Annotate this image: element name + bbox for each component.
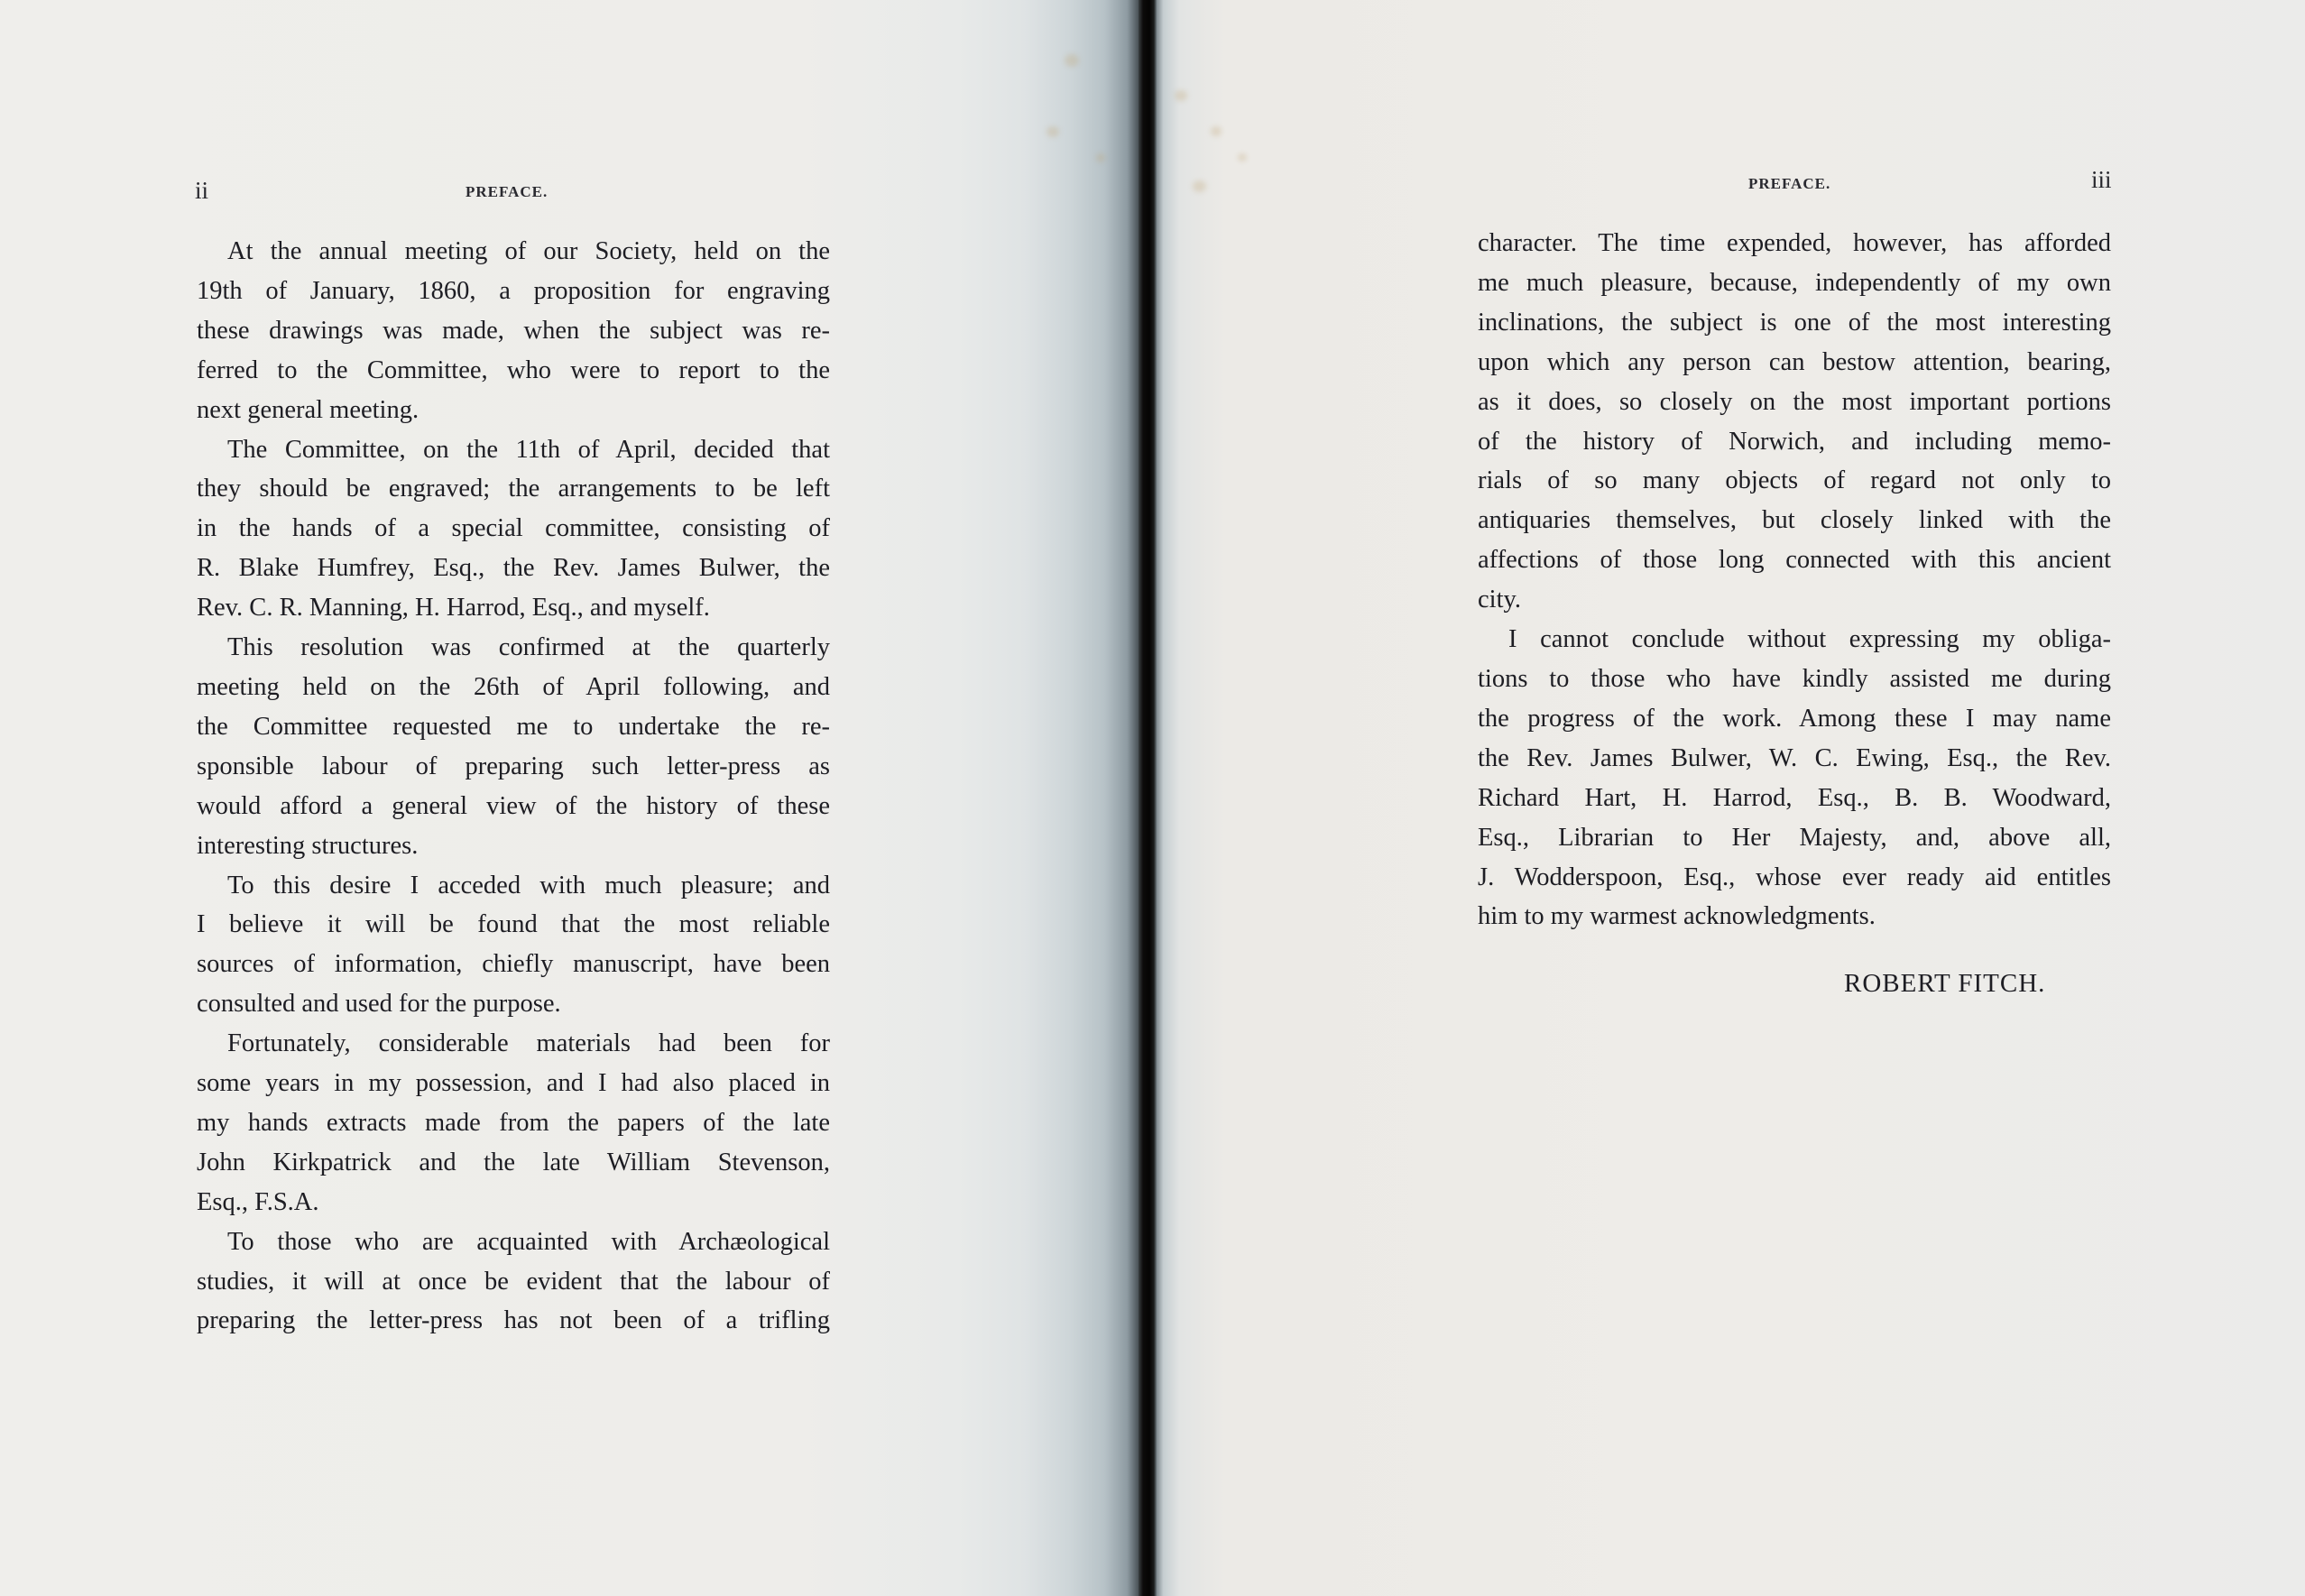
text-line: Esq., F.S.A. — [197, 1183, 830, 1222]
text-line: I believe it will be found that the most… — [197, 905, 830, 945]
text-line: inclinations, the subject is one of the … — [1478, 303, 2111, 343]
text-line: in the hands of a special committee, con… — [197, 509, 830, 549]
left-page: ii PREFACE. At the annual meeting of our… — [0, 0, 1139, 1596]
text-line: Richard Hart, H. Harrod, Esq., B. B. Woo… — [1478, 779, 2111, 818]
paragraph: character. The time expended, however, h… — [1478, 224, 2111, 620]
running-head: PREFACE. — [466, 183, 548, 201]
text-line: Esq., Librarian to Her Majesty, and, abo… — [1478, 818, 2111, 858]
text-line: upon which any person can bestow attenti… — [1478, 343, 2111, 383]
paragraph: At the annual meeting of our Society, he… — [197, 232, 830, 430]
text-line: The Committee, on the 11th of April, dec… — [197, 430, 830, 470]
text-line: This resolution was confirmed at the qua… — [197, 628, 830, 668]
paragraph: I cannot conclude without expressing my … — [1478, 620, 2111, 936]
text-line: would afford a general view of the histo… — [197, 787, 830, 826]
page-number: ii — [195, 177, 208, 205]
text-line: To this desire I acceded with much pleas… — [197, 866, 830, 906]
foxing-spot — [1096, 153, 1105, 162]
paragraph: This resolution was confirmed at the qua… — [197, 628, 830, 865]
text-line: these drawings was made, when the subjec… — [197, 311, 830, 351]
text-line: John Kirkpatrick and the late William St… — [197, 1143, 830, 1183]
text-line: 19th of January, 1860, a proposition for… — [197, 272, 830, 311]
text-line: the progress of the work. Among these I … — [1478, 699, 2111, 739]
body-text: character. The time expended, however, h… — [1478, 224, 2111, 936]
text-line: R. Blake Humfrey, Esq., the Rev. James B… — [197, 549, 830, 588]
text-line: next general meeting. — [197, 391, 830, 430]
text-line: city. — [1478, 580, 2111, 620]
text-line: At the annual meeting of our Society, he… — [197, 232, 830, 272]
foxing-spot — [1046, 126, 1059, 137]
foxing-spot — [1238, 153, 1247, 161]
paragraph: The Committee, on the 11th of April, dec… — [197, 430, 830, 629]
text-line: my hands extracts made from the papers o… — [197, 1103, 830, 1143]
paragraph: To this desire I acceded with much pleas… — [197, 866, 830, 1025]
text-line: they should be engraved; the arrangement… — [197, 469, 830, 509]
text-line: tions to those who have kindly assisted … — [1478, 660, 2111, 699]
text-line: I cannot conclude without expressing my … — [1478, 620, 2111, 660]
text-line: some years in my possession, and I had a… — [197, 1064, 830, 1103]
text-line: antiquaries themselves, but closely link… — [1478, 501, 2111, 540]
text-line: character. The time expended, however, h… — [1478, 224, 2111, 263]
text-line: Fortunately, considerable materials had … — [197, 1024, 830, 1064]
text-line: the Rev. James Bulwer, W. C. Ewing, Esq.… — [1478, 739, 2111, 779]
foxing-spot — [1211, 126, 1222, 136]
text-line: the Committee requested me to undertake … — [197, 707, 830, 747]
text-line: sources of information, chiefly manuscri… — [197, 945, 830, 984]
text-line: affections of those long connected with … — [1478, 540, 2111, 580]
text-line: as it does, so closely on the most impor… — [1478, 383, 2111, 422]
book-spread: ii PREFACE. At the annual meeting of our… — [0, 0, 2305, 1596]
foxing-spot — [1193, 180, 1206, 192]
paragraph: Fortunately, considerable materials had … — [197, 1024, 830, 1222]
text-line: consulted and used for the purpose. — [197, 984, 830, 1024]
text-line: rials of so many objects of regard not o… — [1478, 461, 2111, 501]
text-line: preparing the letter-press has not been … — [197, 1301, 830, 1341]
foxing-spot — [1065, 54, 1079, 67]
text-line: J. Wodderspoon, Esq., whose ever ready a… — [1478, 858, 2111, 898]
text-line: sponsible labour of preparing such lette… — [197, 747, 830, 787]
text-line: studies, it will at once be evident that… — [197, 1262, 830, 1302]
text-line: of the history of Norwich, and including… — [1478, 422, 2111, 462]
right-page: PREFACE. iii character. The time expende… — [1157, 0, 2305, 1596]
text-line: me much pleasure, because, independently… — [1478, 263, 2111, 303]
text-line: ferred to the Committee, who were to rep… — [197, 351, 830, 391]
running-head: PREFACE. — [1748, 175, 1830, 193]
text-line: him to my warmest acknowledgments. — [1478, 897, 2111, 936]
paragraph: To those who are acquainted with Archæol… — [197, 1222, 830, 1342]
book-spine-gutter — [1139, 0, 1157, 1596]
author-signature: ROBERT FITCH. — [1844, 969, 2045, 999]
text-line: To those who are acquainted with Archæol… — [197, 1222, 830, 1262]
text-line: Rev. C. R. Manning, H. Harrod, Esq., and… — [197, 588, 830, 628]
text-line: interesting structures. — [197, 826, 830, 866]
foxing-spot — [1175, 90, 1187, 101]
text-line: meeting held on the 26th of April follow… — [197, 668, 830, 707]
page-number: iii — [2091, 166, 2112, 194]
body-text: At the annual meeting of our Society, he… — [197, 232, 830, 1341]
